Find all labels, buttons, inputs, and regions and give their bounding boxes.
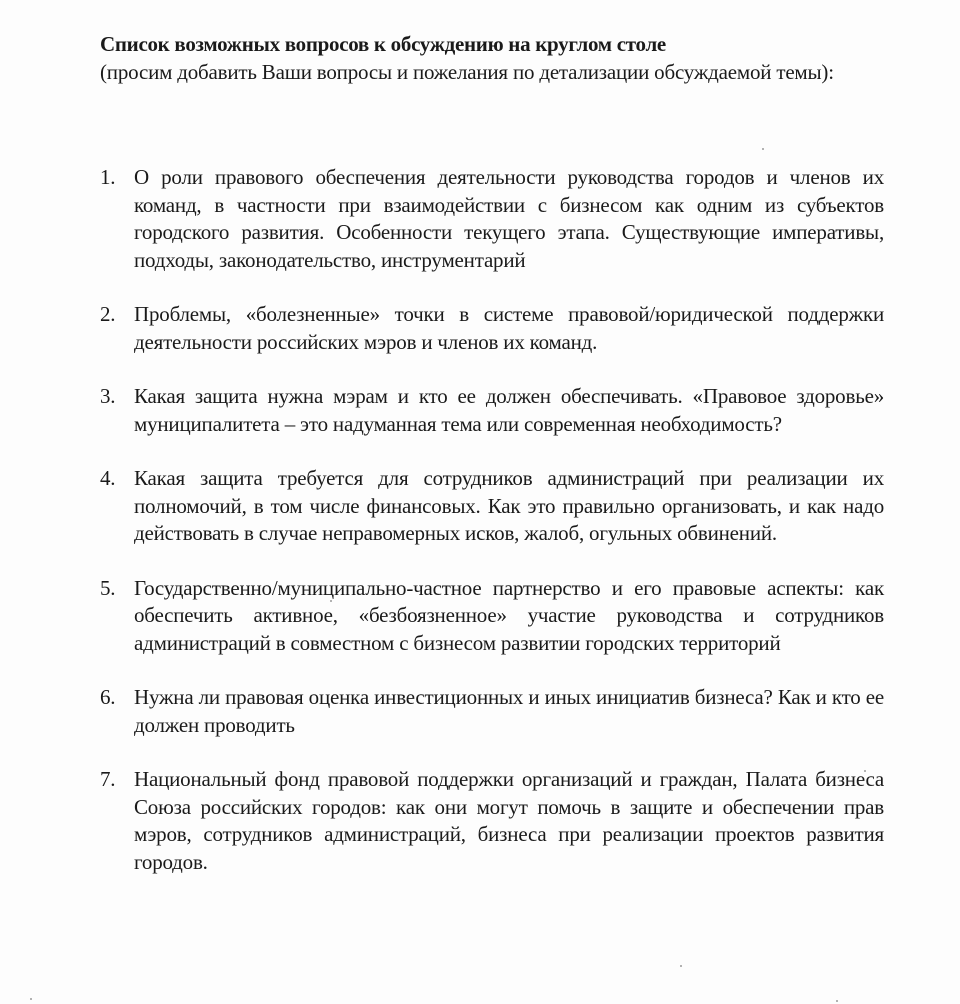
item-number: 4.: [100, 465, 115, 493]
list-item: 6. Нужна ли правовая оценка инвестиционн…: [100, 684, 884, 739]
scan-speck: [762, 148, 764, 150]
item-number: 5.: [100, 575, 115, 603]
document-title: Список возможных вопросов к обсуждению н…: [100, 32, 666, 57]
list-item: 2. Проблемы, «болезненные» точки в систе…: [100, 301, 884, 356]
list-item: 4. Какая защита требуется для сотруднико…: [100, 465, 884, 548]
scan-speck: [330, 600, 332, 602]
scan-speck: [864, 770, 866, 772]
item-text: О роли правового обеспечения деятельност…: [134, 164, 884, 274]
item-text: Какая защита нужна мэрам и кто ее должен…: [134, 383, 884, 438]
scan-speck: [836, 1000, 838, 1002]
item-text: Нужна ли правовая оценка инвестиционных …: [134, 684, 884, 739]
list-item: 1. О роли правового обеспечения деятельн…: [100, 164, 884, 274]
scan-speck: [30, 998, 32, 1000]
item-number: 2.: [100, 301, 115, 329]
item-number: 1.: [100, 164, 115, 192]
item-text: Какая защита требуется для сотрудников а…: [134, 465, 884, 548]
item-number: 7.: [100, 766, 115, 794]
list-item: 7. Национальный фонд правовой поддержки …: [100, 766, 884, 876]
questions-list: 1. О роли правового обеспечения деятельн…: [100, 164, 884, 903]
item-text: Проблемы, «болезненные» точки в системе …: [134, 301, 884, 356]
scan-speck: [680, 965, 682, 967]
document-page: Список возможных вопросов к обсуждению н…: [0, 0, 960, 1004]
item-number: 6.: [100, 684, 115, 712]
item-text: Государственно/муниципально-частное парт…: [134, 575, 884, 658]
item-number: 3.: [100, 383, 115, 411]
list-item: 3. Какая защита нужна мэрам и кто ее дол…: [100, 383, 884, 438]
document-subtitle: (просим добавить Ваши вопросы и пожелани…: [38, 58, 882, 86]
list-item: 5. Государственно/муниципально-частное п…: [100, 575, 884, 658]
item-text: Национальный фонд правовой поддержки орг…: [134, 766, 884, 876]
